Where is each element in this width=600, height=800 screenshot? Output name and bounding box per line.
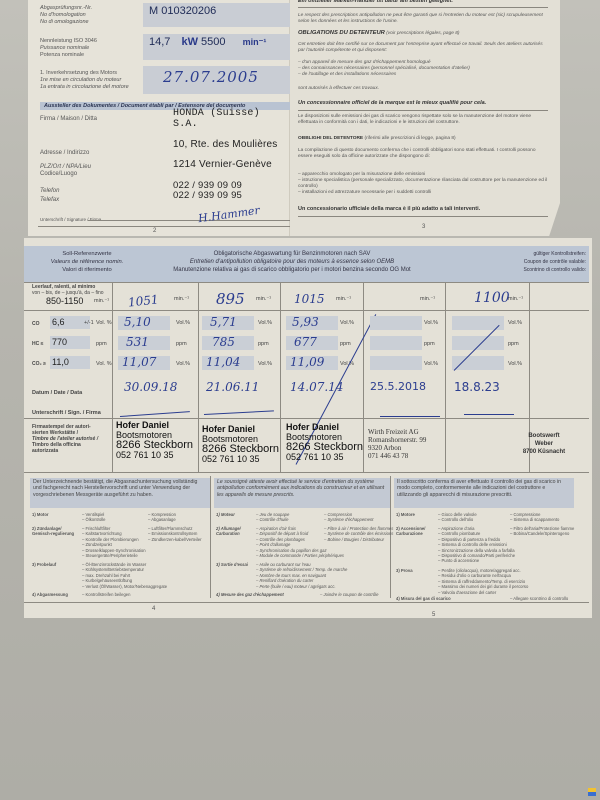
idle-label: Leerlauf, ralenti, al minimo von – bis, … bbox=[32, 284, 104, 296]
power-labels: Nennleistung ISO 3046 Puissance nominale… bbox=[40, 38, 97, 59]
page-3-top-line: Ein offizieller Marken-Händler ist dafür… bbox=[298, 0, 548, 4]
fr-items: – d'un appareil de mesure des gaz d'écha… bbox=[298, 60, 548, 78]
it-items: – apparecchio omologato per la misurazio… bbox=[298, 172, 548, 196]
homologation-field: M 010320206 bbox=[143, 3, 303, 27]
inspection-5-signature bbox=[464, 414, 514, 415]
page-2: Abgasprüfungsnr.-Nr. No d'homologation N… bbox=[28, 0, 290, 236]
fr-body: Cet entretien doit être certifié sur ce … bbox=[298, 42, 548, 54]
firm-label: Firma / Maison / Ditta bbox=[40, 116, 97, 123]
page-3: Ein offizieller Marken-Händler ist dafür… bbox=[290, 0, 560, 236]
inspection-2-signature bbox=[204, 410, 274, 415]
phone-label: Telefon bbox=[40, 188, 59, 195]
it-intro: Le disposizioni sulle emissioni dei gas … bbox=[298, 114, 548, 126]
it-title-row: OBBLIGHI DEL DETENTORE (riferirsi alle p… bbox=[298, 136, 548, 142]
city-labels: PLZ/Ort / NPA/Lieu Codice/Luogo bbox=[40, 164, 91, 178]
inspection-2-date: 21.06.11 bbox=[206, 380, 259, 394]
grid-line bbox=[24, 472, 589, 473]
power-kw-unit: kW bbox=[181, 36, 198, 48]
ref-co-value: 6,6 bbox=[52, 317, 65, 327]
inspection-3-idle: 1015 bbox=[294, 292, 325, 306]
inspection-5-stamp: Bootswerft Weber 8700 Küsnacht bbox=[504, 432, 584, 456]
page-number-3: 3 bbox=[422, 224, 425, 230]
inspection-3-co: 5,93 bbox=[292, 315, 319, 329]
ref-hc-unit: ppm bbox=[96, 341, 107, 347]
ref-idle-unit: min.⁻¹ bbox=[94, 298, 109, 304]
ref-co-tolerance: +/-1 bbox=[84, 320, 94, 326]
grid-line bbox=[24, 282, 589, 283]
fr-title-row: OBLIGATIONS DU DETENTEUR (voir prescript… bbox=[298, 30, 548, 37]
inspection-1-co: 5,10 bbox=[124, 315, 151, 329]
fr-title-note: (voir prescriptions légales, page 8) bbox=[386, 31, 459, 36]
grid-line bbox=[24, 418, 589, 419]
first-registration-field: 27.07.2005 bbox=[143, 66, 303, 94]
grid-line bbox=[363, 282, 364, 472]
inspection-3-co2: 11,09 bbox=[290, 355, 324, 369]
firm-value: HONDA (Suisse) S.A. bbox=[173, 108, 289, 130]
ref-co2-value: 11,0 bbox=[52, 357, 69, 367]
date-row-label: Datum / Date / Data bbox=[32, 390, 82, 396]
inspection-5-date: 18.8.23 bbox=[454, 380, 500, 394]
it-body: La compilazione di questo documento conf… bbox=[298, 148, 548, 160]
signature-scribble: H.Hammer bbox=[197, 204, 260, 225]
grid-line bbox=[280, 282, 281, 472]
grid-line bbox=[198, 282, 199, 472]
inspection-1-date: 30.09.18 bbox=[124, 380, 177, 394]
de-statement: Der Unterzeichnende bestätigt, die Abgas… bbox=[30, 478, 210, 508]
inspection-2-stamp: Hofer Daniel Bootsmotoren 8266 Steckborn… bbox=[202, 424, 279, 464]
inspection-4-signature bbox=[380, 416, 440, 417]
it-conclusion: Un concessionario ufficiale della marca … bbox=[298, 206, 548, 212]
power-rpm-value: 5500 bbox=[201, 36, 225, 48]
inspection-2-idle: 895 bbox=[216, 290, 245, 308]
fr-intro: Le respect des prescriptions antipolluti… bbox=[298, 13, 548, 25]
inspection-3-stamp: Hofer Daniel Bootsmotoren 8266 Steckborn… bbox=[286, 422, 363, 462]
inspection-1-co2: 11,07 bbox=[122, 355, 156, 369]
power-field: 14,7 kW 5500 min⁻¹ bbox=[143, 34, 303, 60]
inspection-3-hc: 677 bbox=[294, 335, 317, 349]
first-registration-value: 27.07.2005 bbox=[149, 68, 259, 86]
it-title: OBBLIGHI DEL DETENTORE bbox=[298, 136, 363, 141]
ref-hc-value: 770 bbox=[52, 337, 67, 347]
grid-line bbox=[24, 602, 589, 603]
page-number-2: 2 bbox=[153, 228, 156, 234]
signature-line bbox=[88, 220, 300, 221]
homologation-value: M 010320206 bbox=[149, 5, 216, 17]
inspection-5-idle: 1100 bbox=[474, 290, 510, 306]
corner-flag-icon bbox=[588, 788, 596, 796]
city-value: 1214 Vernier-Genève bbox=[173, 159, 272, 170]
hc-label: HC ≤ bbox=[32, 341, 43, 347]
co-label: CO bbox=[32, 321, 40, 327]
homologation-labels: Abgasprüfungsnr.-Nr. No d'homologation N… bbox=[40, 5, 92, 26]
coupon-header: gültiger Kontrollstreifen: Coupon de con… bbox=[444, 250, 586, 274]
table-title: Obligatorische Abgaswartung für Benzinmo… bbox=[142, 250, 442, 274]
fr-title: OBLIGATIONS DU DETENTEUR bbox=[298, 30, 385, 36]
power-kw-value: 14,7 bbox=[149, 36, 170, 48]
page-3-top-rule bbox=[298, 7, 548, 8]
stamp-row-label: Firmastempel der autori- sierten Werkstä… bbox=[32, 424, 98, 454]
address-label: Adresse / Indirizzo bbox=[40, 150, 89, 157]
fr-conclusion: Un concessionnaire officiel de la marque… bbox=[298, 100, 548, 106]
address-value: 10, Rte. des Moulières bbox=[173, 139, 277, 150]
it-title-note: (riferirsi alle prescrizioni di legge, p… bbox=[364, 136, 455, 141]
fr-after: sont autorisés à effectuer ces travaux. bbox=[298, 86, 548, 92]
first-registration-labels: 1. Inverkehrsetzung des Motors 1re mise … bbox=[40, 70, 129, 91]
fax-label: Telefax bbox=[40, 197, 59, 204]
power-rpm-unit: min⁻¹ bbox=[243, 37, 267, 47]
grid-line bbox=[24, 310, 589, 311]
inspection-2-co2: 11,04 bbox=[206, 355, 240, 369]
inspection-4-date: 25.5.2018 bbox=[370, 380, 426, 393]
grid-line bbox=[210, 476, 211, 598]
ref-co2-unit: Vol. % bbox=[96, 361, 112, 367]
co2-label: CO₂ ≥ bbox=[32, 361, 46, 367]
inspection-1-hc: 531 bbox=[126, 335, 149, 349]
ref-idle-value: 850-1150 bbox=[46, 296, 83, 306]
reference-header: Soll-Referenzwerte Valeurs de référence … bbox=[32, 250, 142, 274]
grid-line bbox=[112, 282, 113, 472]
emission-record-page: Soll-Referenzwerte Valeurs de référence … bbox=[24, 238, 592, 618]
inspection-2-co: 5,71 bbox=[210, 315, 237, 329]
signature-row-label: Unterschrift / Sign. / Firma bbox=[32, 410, 101, 416]
inspection-2-hc: 785 bbox=[212, 335, 235, 349]
inspection-4-stamp: Wirth Freizeit AG Romanshornerstr. 99 93… bbox=[368, 428, 426, 460]
page-2-bottom-rule bbox=[38, 226, 300, 227]
inspection-1-idle: 1051 bbox=[127, 292, 159, 309]
ref-co-unit: Vol. % bbox=[96, 320, 112, 326]
fr-statement: Le soussigné atteste avoir effectué le s… bbox=[214, 478, 390, 508]
fax-value: 022 / 939 09 95 bbox=[173, 190, 242, 201]
page-3-bottom-rule bbox=[298, 216, 548, 217]
grid-line bbox=[445, 282, 446, 472]
it-statement: Il sottoscritto conferma di aver effettu… bbox=[394, 478, 574, 508]
inspection-1-stamp: Hofer Daniel Bootsmotoren 8266 Steckborn… bbox=[116, 420, 193, 460]
page-number-4: 4 bbox=[152, 606, 155, 612]
page-number-5: 5 bbox=[432, 612, 435, 618]
page-3-mid-rule bbox=[298, 110, 548, 111]
inspection-1-signature bbox=[120, 411, 190, 417]
